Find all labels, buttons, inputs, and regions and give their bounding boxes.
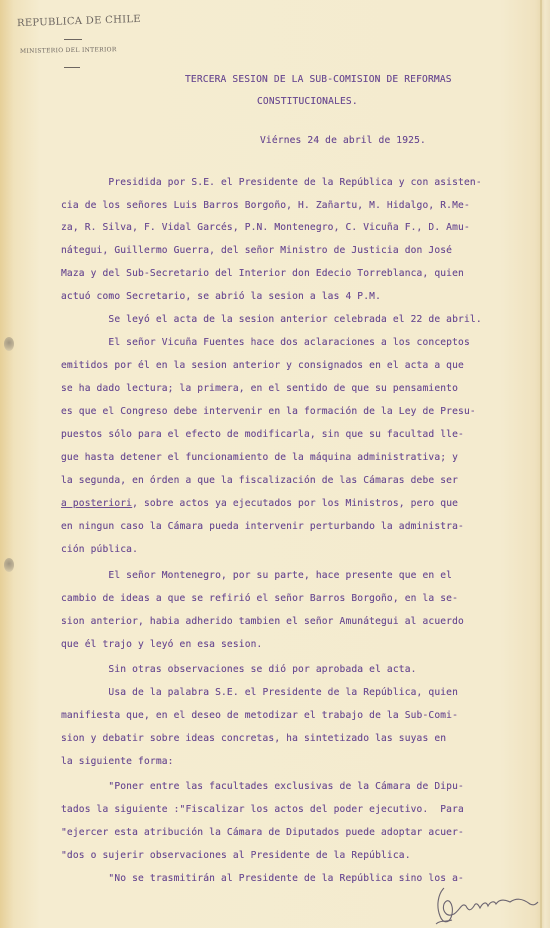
body-line: cambio de ideas a que se refirió el seño… [61,593,458,604]
document-page: REPUBLICA DE CHILE MINISTERIO DEL INTERI… [0,0,550,928]
body-line: Se leyó el acta de la sesion anterior ce… [61,314,482,325]
body-line-posteriori: a posteriori, sobre actos ya ejecutados … [61,498,458,509]
body-line: la siguiente forma: [61,756,174,767]
page-fold-line [540,0,542,928]
body-line: gue hasta detener el funcionamiento de l… [61,452,458,463]
body-line: manifiesta que, en el deseo de metodizar… [61,710,458,721]
body-line: nátegui, Guillermo Guerra, del señor Min… [61,245,452,256]
letterhead-divider [64,67,80,68]
body-line: "Poner entre las facultades exclusivas d… [61,781,464,792]
body-line: "No se trasmitirán al Presidente de la R… [61,873,464,884]
body-line: Usa de la palabra S.E. el Presidente de … [61,687,458,698]
punch-hole-icon [4,337,14,351]
body-line: El señor Vicuña Fuentes hace dos aclarac… [61,337,470,348]
letterhead-divider [64,39,82,40]
body-line: que él trajo y leyó en esa sesion. [61,639,262,650]
body-line: za, R. Silva, F. Vidal Garcés, P.N. Mont… [61,222,470,233]
body-line-rest: , sobre actos ya ejecutados por los Mini… [132,498,458,509]
body-line: cia de los señores Luis Barros Borgoño, … [61,200,470,211]
body-line: El señor Montenegro, por su parte, hace … [61,570,452,581]
punch-hole-icon [4,558,14,572]
document-title-line1: TERCERA SESION DE LA SUB-COMISION DE REF… [185,74,452,85]
body-line: puestos sólo para el efecto de modificar… [61,429,464,440]
document-title-line2: CONSTITUCIONALES. [257,96,358,107]
body-line: actuó como Secretario, se abrió la sesio… [61,291,381,302]
body-line: sion y debatir sobre ideas concretas, ha… [61,733,446,744]
document-date: Viérnes 24 de abril de 1925. [260,135,426,146]
body-line: Sin otras observaciones se dió por aprob… [61,664,417,675]
body-line: tados la siguiente :"Fiscalizar los acto… [61,804,464,815]
body-line: Presidida por S.E. el Presidente de la R… [61,177,482,188]
letterhead-ministry: MINISTERIO DEL INTERIOR [20,46,117,55]
body-line: se ha dado lectura; la primera, en el se… [61,383,458,394]
body-line: "ejercer esta atribución la Cámara de Di… [61,827,464,838]
body-line: es que el Congreso debe intervenir en la… [61,406,476,417]
body-line: ción pública. [61,544,138,555]
body-line: emitidos por él en la sesion anterior y … [61,360,464,371]
body-line: Maza y del Sub-Secretario del Interior d… [61,268,464,279]
emphasis-a-posteriori: a posteriori [61,498,132,509]
body-line: en ningun caso la Cámara pueda interveni… [61,521,464,532]
letterhead-country: REPUBLICA DE CHILE [17,14,141,29]
body-line: "dos o sujerir observaciones al Presiden… [61,850,411,861]
body-line: sion anterior, habia adherido tambien el… [61,616,464,627]
signature-icon [430,884,540,928]
body-line: la segunda, en órden a que la fiscalizac… [61,475,458,486]
